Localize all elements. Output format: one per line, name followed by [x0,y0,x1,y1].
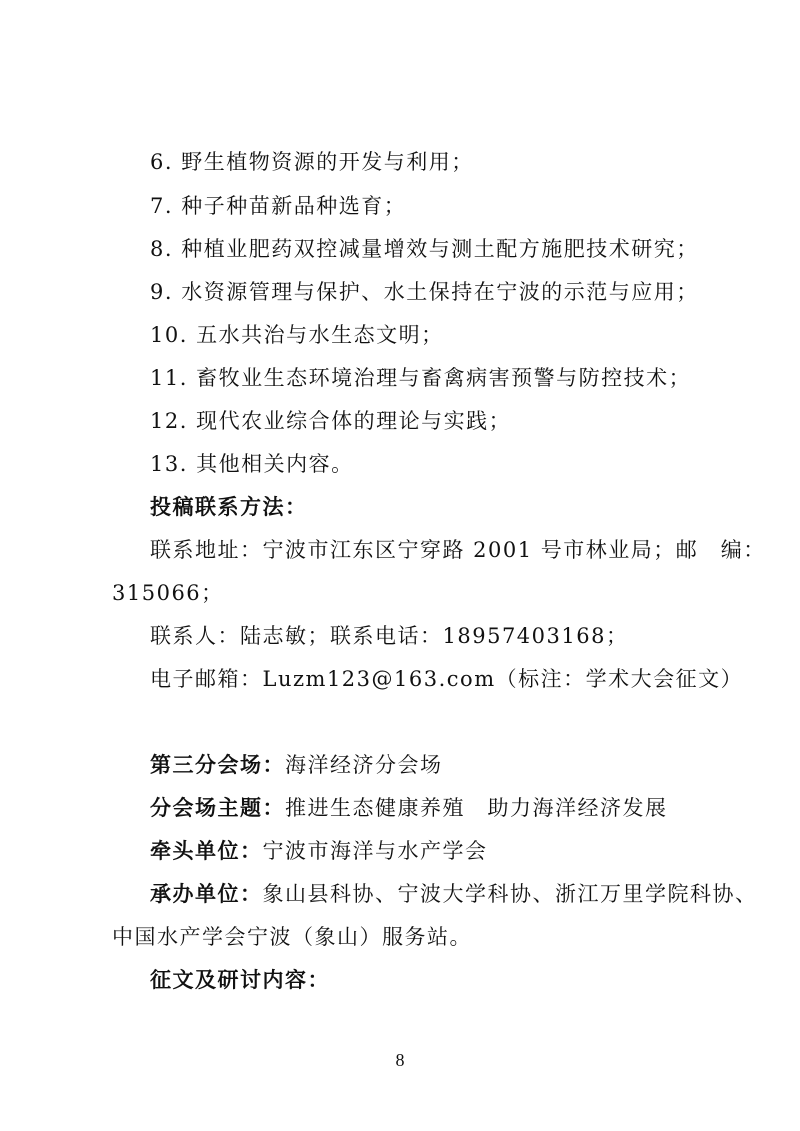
contact-person: 联系人：陆志敏；联系电话：18957403168； [150,622,628,650]
list-item: 11. 畜牧业生态环境治理与畜禽病害预警与防控技术； [150,364,691,392]
list-item: 10. 五水共治与水生态文明； [150,321,444,349]
session-host-continued: 中国水产学会宁波（象山）服务站。 [112,923,472,951]
session-theme-value: 推进生态健康养殖 助力海洋经济发展 [285,796,668,820]
session-lead-label: 牵头单位： [150,838,263,863]
session-theme-label: 分会场主题： [150,795,285,820]
contact-postcode: 315066； [112,579,224,607]
list-item: 8. 种植业肥药双控减量增效与测土配方施肥技术研究； [150,235,699,263]
document-page: 6. 野生植物资源的开发与利用； 7. 种子种苗新品种选育； 8. 种植业肥药双… [0,0,800,1131]
session-lead-value: 宁波市海洋与水产学会 [263,839,488,863]
contact-address: 联系地址：宁波市江东区宁穿路 2001 号市林业局；邮 编： [150,536,766,564]
session-venue-value: 海洋经济分会场 [285,753,443,777]
page-number: 8 [0,1050,800,1071]
session-lead: 牵头单位：宁波市海洋与水产学会 [150,837,488,865]
list-item: 9. 水资源管理与保护、水土保持在宁波的示范与应用； [150,278,699,306]
contact-heading: 投稿联系方法： [150,493,308,521]
session-topics-heading: 征文及研讨内容： [150,966,330,994]
list-item: 13. 其他相关内容。 [150,450,354,478]
session-venue-label: 第三分会场： [150,752,285,777]
session-host-value: 象山县科协、宁波大学科协、浙江万里学院科协、 [263,882,758,906]
session-venue: 第三分会场：海洋经济分会场 [150,751,443,779]
list-item: 7. 种子种苗新品种选育； [150,192,406,220]
list-item: 6. 野生植物资源的开发与利用； [150,148,474,176]
session-host-label: 承办单位： [150,881,263,906]
list-item: 12. 现代农业综合体的理论与实践； [150,407,511,435]
session-host: 承办单位：象山县科协、宁波大学科协、浙江万里学院科协、 [150,880,758,908]
session-theme: 分会场主题：推进生态健康养殖 助力海洋经济发展 [150,794,668,822]
contact-email: 电子邮箱：Luzm123@163.com（标注：学术大会征文） [150,665,743,693]
